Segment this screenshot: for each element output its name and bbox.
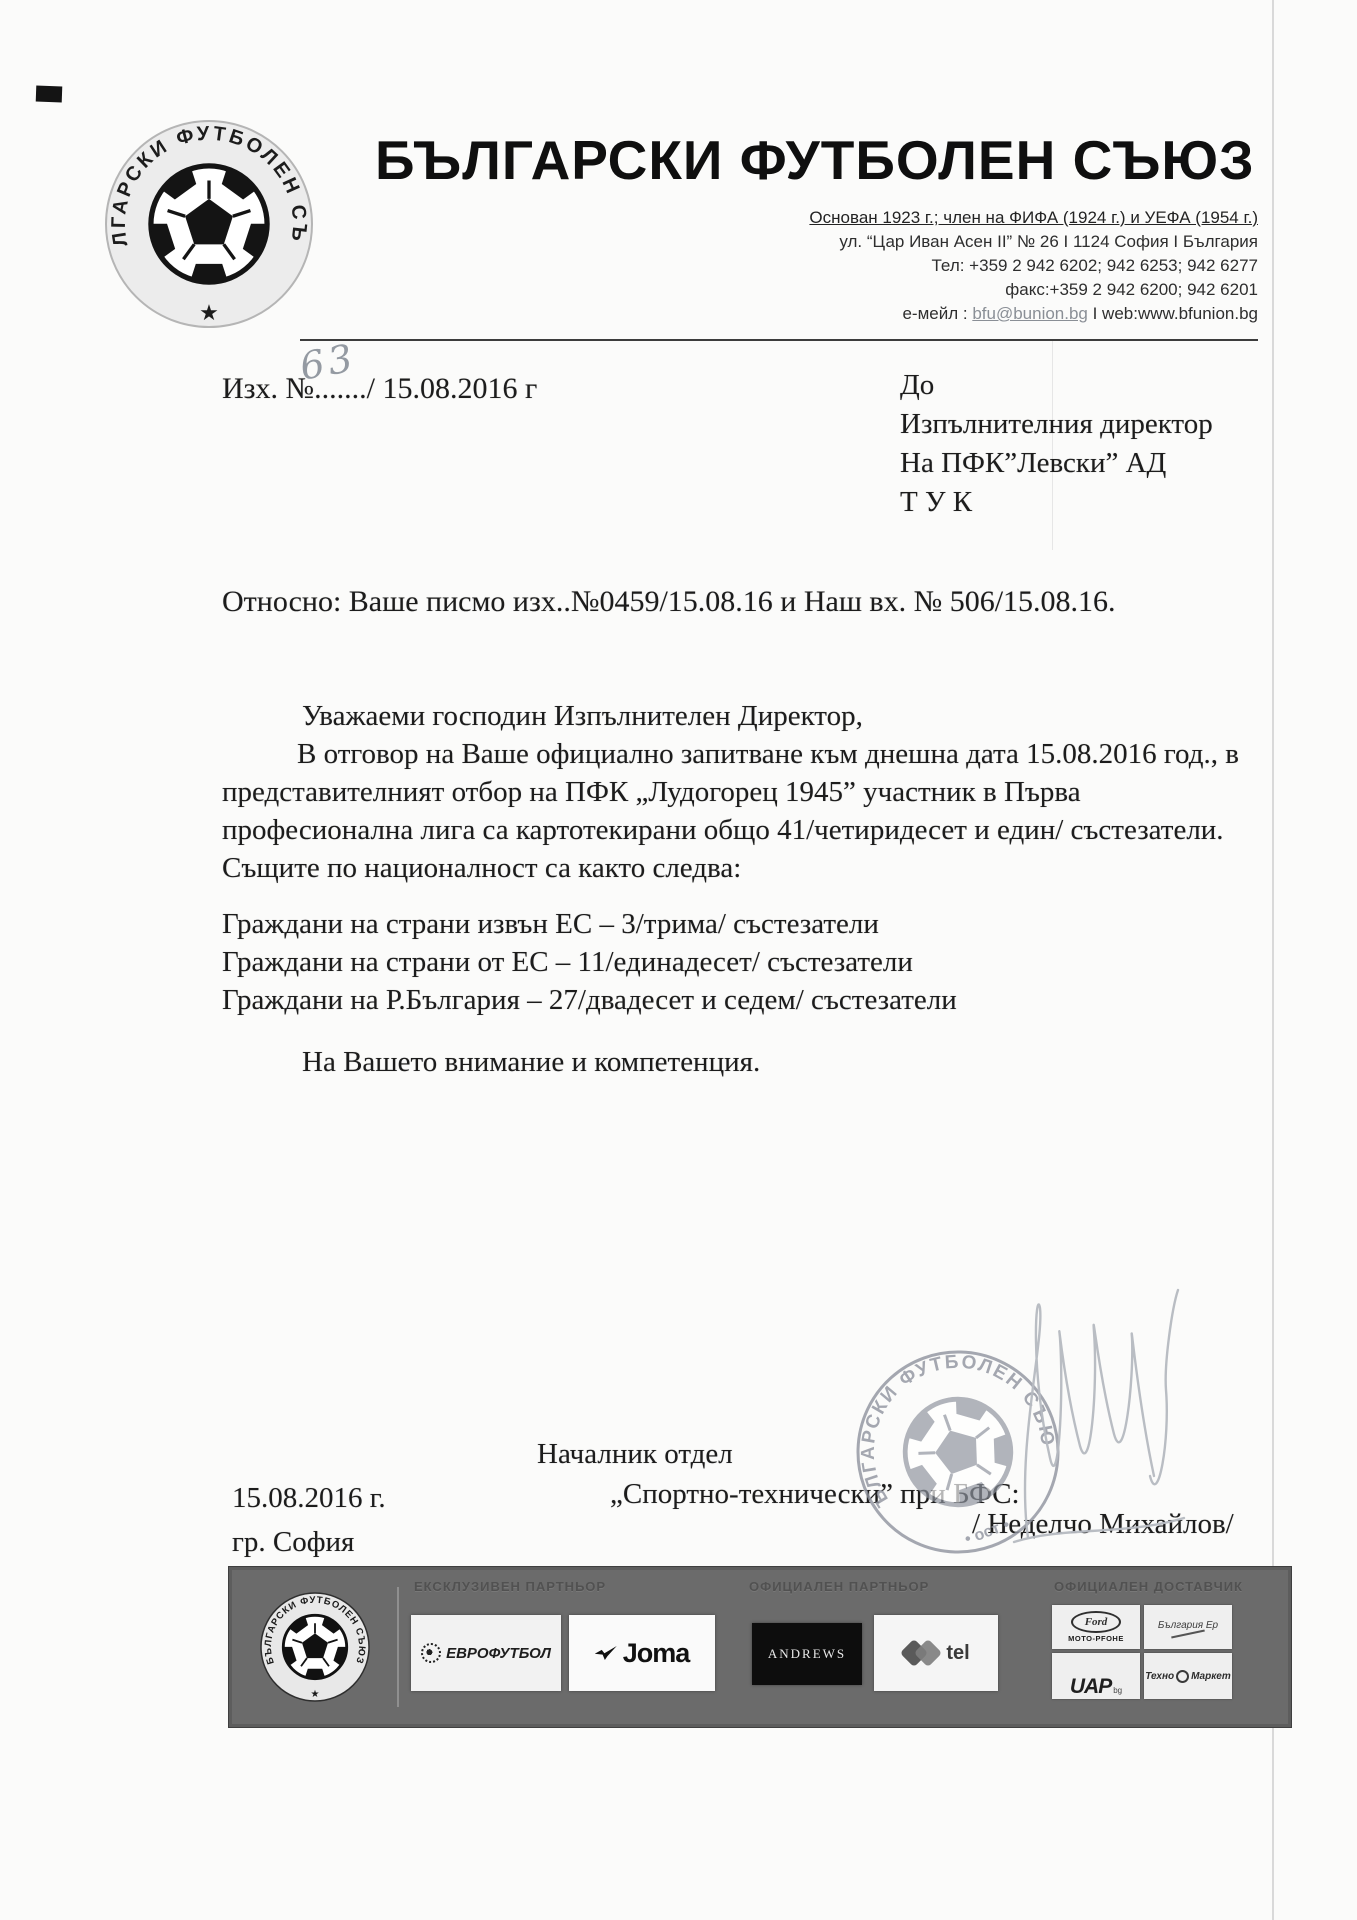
- joma-label: Joma: [623, 1638, 690, 1669]
- mtel-cubes-icon: [902, 1636, 942, 1670]
- body-line: представителният отбор на ПФК „Лудогорец…: [222, 776, 1081, 809]
- joma-bird-icon: [595, 1646, 617, 1660]
- bfs-logo-badge: БЪЛГАРСКИ ФУТБОЛЕН СЪЮЗ ★: [103, 118, 315, 330]
- org-title: БЪЛГАРСКИ ФУТБОЛЕН СЪЮЗ: [375, 128, 1255, 192]
- email-label: е-мейл :: [902, 304, 972, 323]
- web-label: I web:www.bfunion.bg: [1088, 304, 1258, 323]
- signature-date: 15.08.2016 г.: [232, 1482, 386, 1515]
- nationality-item: Граждани на страни от ЕС – 11/единадесет…: [222, 946, 913, 979]
- ford-oval-icon: Ford: [1071, 1611, 1121, 1633]
- footer-section-heading: ОФИЦИАЛЕН ПАРТНЬОР: [749, 1579, 929, 1594]
- technomarket-swirl-icon: [1176, 1670, 1189, 1683]
- body-line: В отговор на Ваше официално запитване къ…: [297, 738, 1239, 771]
- addressee-line: Т У К: [900, 483, 1213, 522]
- address-line: ул. “Цар Иван Асен II” № 26 I 1124 София…: [618, 230, 1258, 254]
- eurofootball-logo: ЕВРОФУТБОЛ: [411, 1615, 561, 1691]
- eurofootball-label: ЕВРОФУТБОЛ: [446, 1645, 551, 1662]
- addressee-block: До Изпълнителния директор На ПФК”Левски”…: [900, 366, 1213, 522]
- header-rule: [300, 339, 1258, 341]
- bulgaria-air-label: България Ер: [1158, 1620, 1218, 1631]
- email-link: bfu@bunion.bg: [972, 304, 1088, 323]
- mtel-logo: tel: [874, 1615, 998, 1691]
- badge-star-icon: ★: [199, 300, 219, 325]
- bulgaria-air-logo: България Ер: [1144, 1605, 1232, 1649]
- addressee-line: До: [900, 366, 1213, 405]
- email-web-line: е-мейл : bfu@bunion.bg I web:www.bfunion…: [618, 302, 1258, 326]
- technomarket-label-1: Техно: [1145, 1671, 1174, 1682]
- uap-label: UAP: [1070, 1675, 1111, 1699]
- nationality-item: Граждани на страни извън ЕС – 3/трима/ с…: [222, 908, 879, 941]
- andrews-label: ANDREWS: [768, 1646, 846, 1662]
- footer-section-heading: ОФИЦИАЛЕН ДОСТАВЧИК: [1054, 1579, 1243, 1594]
- closing-line: На Вашето внимание и компетенция.: [302, 1046, 760, 1079]
- scanned-letter-page: БЪЛГАРСКИ ФУТБОЛЕН СЪЮЗ ★ БЪЛГАРСКИ ФУТБ…: [0, 0, 1357, 1920]
- phone-line: Тел: +359 2 942 6202; 942 6253; 942 6277: [618, 254, 1258, 278]
- footer-divider: [397, 1587, 399, 1707]
- footer-badge-star-icon: ★: [311, 1689, 320, 1700]
- moto-pfohe-label: MOTO-PFOHE: [1068, 1634, 1124, 1643]
- founded-line: Основан 1923 г.; член на ФИФА (1924 г.) …: [618, 206, 1258, 230]
- technomarket-label-2: Маркет: [1191, 1671, 1231, 1682]
- addressee-line: На ПФК”Левски” АД: [900, 444, 1213, 483]
- body-line: Същите по националност са както следва:: [222, 852, 741, 885]
- fax-line: факс:+359 2 942 6200; 942 6201: [618, 278, 1258, 302]
- uap-logo: UAP bg: [1052, 1653, 1140, 1699]
- subject-line: Относно: Ваше писмо изх..№0459/15.08.16 …: [222, 585, 1116, 619]
- salutation: Уважаеми господин Изпълнителен Директор,: [302, 700, 863, 733]
- moto-pfohe-logo: Ford MOTO-PFOHE: [1052, 1605, 1140, 1649]
- eurofootball-ball-icon: [421, 1643, 441, 1663]
- mtel-label: tel: [946, 1642, 969, 1665]
- reference-number-line: Изх. №......./ 15.08.2016 г: [222, 372, 537, 406]
- pen-signature: [1000, 1280, 1200, 1570]
- signer-title-line: Началник отдел: [537, 1438, 733, 1471]
- footer-sponsor-bar: БЪЛГАРСКИ ФУТБОЛЕН СЪЮЗ ★ ЕКСКЛУЗИВЕН ПА…: [228, 1566, 1292, 1728]
- andrews-logo: ANDREWS: [752, 1623, 862, 1685]
- joma-logo: Joma: [569, 1615, 715, 1691]
- technomarket-logo: Техно Маркет: [1144, 1653, 1232, 1699]
- addressee-line: Изпълнителния директор: [900, 405, 1213, 444]
- signature-city: гр. София: [232, 1526, 354, 1559]
- nationality-item: Граждани на Р.България – 27/двадесет и с…: [222, 984, 957, 1017]
- footer-section-heading: ЕКСКЛУЗИВЕН ПАРТНЬОР: [414, 1579, 606, 1594]
- footer-bfs-badge: БЪЛГАРСКИ ФУТБОЛЕН СЪЮЗ ★: [259, 1591, 371, 1703]
- uap-bg-label: bg: [1113, 1686, 1122, 1699]
- body-line: професионална лига са картотекирани общо…: [222, 814, 1224, 847]
- header-contact-block: Основан 1923 г.; член на ФИФА (1924 г.) …: [618, 206, 1258, 326]
- scan-artifact-mark: [36, 86, 63, 103]
